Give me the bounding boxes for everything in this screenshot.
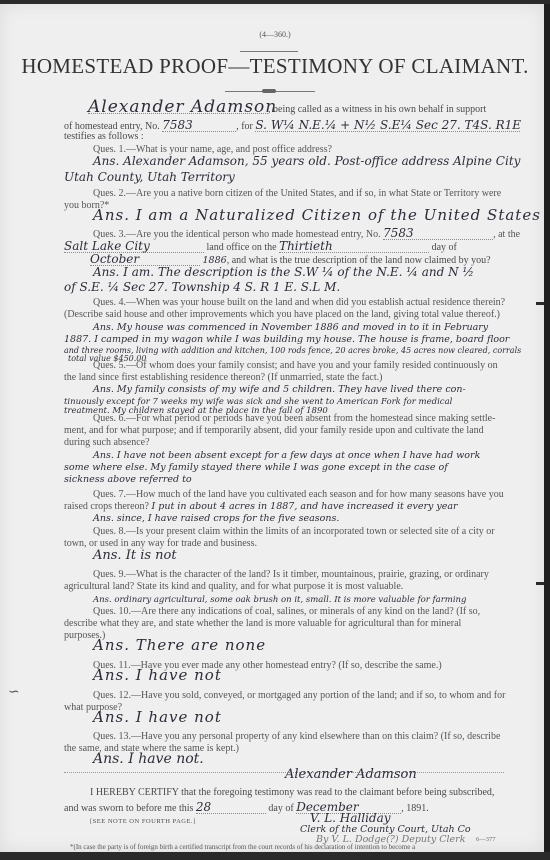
document-title: HOMESTEAD PROOF—TESTIMONY OF CLAIMANT. — [0, 54, 550, 79]
certify-text: day of — [268, 803, 293, 814]
land-description: S. W¼ N.E.¼ + N½ S.E¼ Sec 27. T4S. R1E — [255, 119, 520, 132]
claimant-name: Alexander Adamson — [88, 101, 268, 114]
entry-day: Thirtieth — [279, 240, 429, 253]
answer-7-inline: I put in about 4 acres in 1887, and have… — [151, 501, 457, 512]
question-13: Ques. 13.—Have you any personal property… — [93, 731, 500, 743]
question-4: Ques. 4.—When was your house built on th… — [93, 297, 505, 309]
answer-5-line-1: Ans. My family consists of my wife and 5… — [93, 384, 466, 396]
question-5: Ques. 5.—Of whom does your family consis… — [93, 360, 498, 372]
form-code: 6—377 — [476, 836, 496, 843]
answer-1-line-2: Utah County, Utah Territory — [64, 171, 235, 183]
entry-number: 7583 — [383, 227, 493, 240]
margin-mark: ∽ — [8, 684, 20, 704]
ornament-divider — [225, 91, 315, 92]
divider — [64, 772, 504, 774]
question-8: Ques. 8.—Is your present claim within th… — [93, 526, 495, 538]
question-6: Ques. 6.—For what period or periods have… — [93, 413, 495, 425]
answer-1-line-1: Ans. Alexander Adamson, 55 years old. Po… — [93, 155, 520, 167]
form-number: (4—360.) — [0, 30, 550, 39]
answer-13: Ans. I have not. — [93, 753, 204, 765]
answer-6-line-1: Ans. I have not been absent except for a… — [93, 450, 480, 462]
intro-line-3: testifies as follows : — [64, 131, 144, 143]
divider — [240, 51, 298, 52]
officer-signature: V. L. Halliday — [310, 812, 391, 824]
question-10-cont: describe what they are, and state whethe… — [64, 618, 461, 630]
certify-line-1: I HEREBY CERTIFY that the foregoing test… — [90, 787, 494, 799]
question-7-cont: raised crops thereon? I put in about 4 a… — [64, 501, 458, 513]
sworn-day: 28 — [196, 801, 266, 814]
certify-text: and was sworn to before me this — [64, 803, 193, 814]
answer-6-line-2: some where else. My family stayed there … — [64, 462, 448, 474]
claimant-signature: Alexander Adamson — [285, 769, 417, 781]
question-10: Ques. 10.—Are there any indications of c… — [93, 606, 480, 618]
intro-text: , for — [236, 121, 253, 132]
answer-4-line-1: Ans. My house was commenced in November … — [93, 322, 488, 334]
question-3-text: , at the — [493, 229, 520, 240]
page-tear — [536, 582, 544, 585]
question-12: Ques. 12.—Have you sold, conveyed, or mo… — [93, 690, 505, 702]
homestead-proof-document: (4—360.) HOMESTEAD PROOF—TESTIMONY OF CL… — [0, 4, 544, 852]
question-9-cont: agricultural land? State its kind and qu… — [64, 581, 403, 593]
answer-3-line-2: of S.E. ¼ Sec 27. Township 4 S. R 1 E. S… — [64, 281, 340, 293]
question-9: Ques. 9.—What is the character of the la… — [93, 569, 489, 581]
entry-number: 7583 — [162, 119, 236, 132]
footnote-line-1: *(In case the party is of foreign birth … — [70, 843, 415, 852]
answer-7: Ans. since, I have raised crops for the … — [93, 513, 339, 525]
sworn-year: , 1891. — [401, 803, 429, 814]
question-3-text: land office on the — [207, 242, 277, 253]
question-4-cont: (Describe said house and other improveme… — [64, 309, 500, 321]
answer-6-line-3: sickness above referred to — [64, 474, 192, 486]
page-tear — [536, 302, 544, 305]
question-6-cont: ment, and for what purpose; and if tempo… — [64, 425, 484, 437]
answer-12: Ans. I have not — [93, 711, 222, 723]
answer-2: Ans. I am a Naturalized Citizen of the U… — [93, 209, 541, 221]
answer-11: Ans. I have not — [93, 669, 222, 681]
intro-text: , being called as a witness in his own b… — [268, 104, 486, 115]
answer-8: Ans. It is not — [93, 550, 177, 562]
question-5-cont: the land since first establishing reside… — [64, 372, 382, 384]
question-3-text: day of — [432, 242, 457, 253]
question-7-text: raised crops thereon? — [64, 501, 149, 512]
answer-10: Ans. There are none — [93, 639, 266, 651]
question-7: Ques. 7.—How much of the land have you c… — [93, 489, 504, 501]
answer-3-line-1: Ans. I am. The description is the S.W ¼ … — [93, 266, 474, 278]
question-2: Ques. 2.—Are you a native born citizen o… — [93, 188, 501, 200]
intro-line-1: Alexander Adamson, being called as a wit… — [88, 101, 486, 116]
answer-9: Ans. ordinary agricultural, some oak bru… — [93, 594, 466, 606]
see-note: [SEE NOTE ON FOURTH PAGE.] — [90, 816, 196, 828]
question-6-cont-2: during such absence? — [64, 437, 150, 449]
